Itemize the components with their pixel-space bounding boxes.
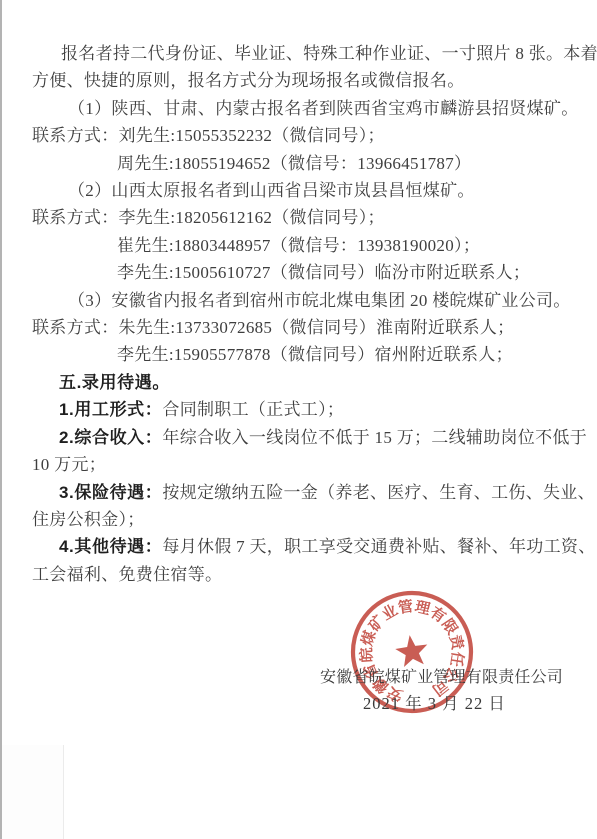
scan-edge-line [0, 0, 2, 839]
seal-arc-char: 管 [397, 597, 414, 617]
doc-line: （1）陕西、甘肃、内蒙古报名者到陕西省宝鸡市麟游县招贤煤矿。 [32, 95, 568, 122]
doc-line-text: （1）陕西、甘肃、内蒙古报名者到陕西省宝鸡市麟游县招贤煤矿。 [68, 99, 579, 118]
doc-line: 2.综合收入：年综合收入一线岗位不低于 15 万；二线辅助岗位不低于 [32, 424, 568, 451]
doc-line-text: 每月休假 7 天，职工享受交通费补贴、餐补、年功工资、 [162, 537, 595, 556]
doc-line: 联系方式：李先生:18205612162（微信同号）； [32, 204, 568, 231]
doc-line-label: 1.用工形式： [59, 400, 162, 419]
signature-company: 安徽省皖煤矿业管理有限责任公司 [320, 664, 563, 687]
doc-line-text: 住房公积金）； [32, 510, 145, 529]
star-icon [394, 633, 430, 668]
doc-line-text: 崔先生:18803448957（微信号：13938190020）； [117, 236, 480, 255]
doc-line: 10 万元； [32, 451, 568, 478]
doc-line: 1.用工形式：合同制职工（正式工）； [32, 396, 568, 423]
document-body: 报名者持二代身份证、毕业证、特殊工种作业证、一寸照片 8 张。本着 方便、快捷的… [32, 40, 568, 588]
signature-date: 2021 年 3 月 22 日 [363, 690, 506, 714]
doc-line-text: 工会福利、免费住宿等。 [32, 565, 222, 584]
doc-line: （3）安徽省内报名者到宿州市皖北煤电集团 20 楼皖煤矿业公司。 [32, 287, 568, 314]
doc-line-text: （2）山西太原报名者到山西省吕梁市岚县昌恒煤矿。 [68, 181, 475, 200]
scan-artifact [2, 745, 64, 839]
doc-line-text: 10 万元； [32, 455, 106, 474]
doc-line: 联系方式：刘先生:15055352232（微信同号）； [32, 122, 568, 149]
doc-line: 3.保险待遇：按规定缴纳五险一金（养老、医疗、生育、工伤、失业、 [32, 479, 568, 506]
doc-line-text: 报名者持二代身份证、毕业证、特殊工种作业证、一寸照片 8 张。本着 [61, 44, 597, 63]
doc-line: 崔先生:18803448957（微信号：13938190020）； [32, 232, 568, 259]
doc-line: （2）山西太原报名者到山西省吕梁市岚县昌恒煤矿。 [32, 177, 568, 204]
doc-line-text: 周先生:18055194652（微信号：13966451787） [117, 154, 471, 173]
doc-line-text: 李先生:15005610727（微信同号）临汾市附近联系人； [117, 263, 530, 282]
doc-line-text: （3）安徽省内报名者到宿州市皖北煤电集团 20 楼皖煤矿业公司。 [68, 291, 571, 310]
doc-line: 工会福利、免费住宿等。 [32, 561, 568, 588]
doc-line: 4.其他待遇：每月休假 7 天，职工享受交通费补贴、餐补、年功工资、 [32, 533, 568, 560]
doc-line-text: 李先生:15905577878（微信同号）宿州附近联系人； [117, 345, 513, 364]
section-heading-label: 五.录用待遇。 [59, 373, 170, 392]
doc-line-label: 2.综合收入： [59, 428, 162, 447]
doc-line-label: 3.保险待遇： [59, 483, 162, 502]
seal-arc-char: 责 [446, 633, 466, 652]
doc-line: 李先生:15905577878（微信同号）宿州附近联系人； [32, 341, 568, 368]
doc-line-text: 合同制职工（正式工）； [162, 400, 344, 419]
doc-line-text: 联系方式：李先生:18205612162（微信同号）； [32, 208, 385, 227]
section-heading: 五.录用待遇。 [32, 369, 568, 396]
doc-line-text: 方便、快捷的原则，报名方式分为现场报名或微信报名。 [32, 71, 465, 90]
doc-line: 报名者持二代身份证、毕业证、特殊工种作业证、一寸照片 8 张。本着 [32, 40, 568, 67]
document-page: 报名者持二代身份证、毕业证、特殊工种作业证、一寸照片 8 张。本着 方便、快捷的… [0, 0, 597, 839]
doc-line-text: 年综合收入一线岗位不低于 15 万；二线辅助岗位不低于 [162, 428, 587, 447]
doc-line-label: 4.其他待遇： [59, 537, 162, 556]
doc-line: 周先生:18055194652（微信号：13966451787） [32, 150, 568, 177]
doc-line-text: 联系方式：朱先生:13733072685（微信同号）淮南附近联系人； [32, 318, 514, 337]
doc-line: 方便、快捷的原则，报名方式分为现场报名或微信报名。 [32, 67, 568, 94]
doc-line-text: 按规定缴纳五险一金（养老、医疗、生育、工伤、失业、 [162, 483, 595, 502]
doc-line-text: 联系方式：刘先生:15055352232（微信同号）； [32, 126, 385, 145]
doc-line: 联系方式：朱先生:13733072685（微信同号）淮南附近联系人； [32, 314, 568, 341]
doc-line: 住房公积金）； [32, 506, 568, 533]
doc-line: 李先生:15005610727（微信同号）临汾市附近联系人； [32, 259, 568, 286]
